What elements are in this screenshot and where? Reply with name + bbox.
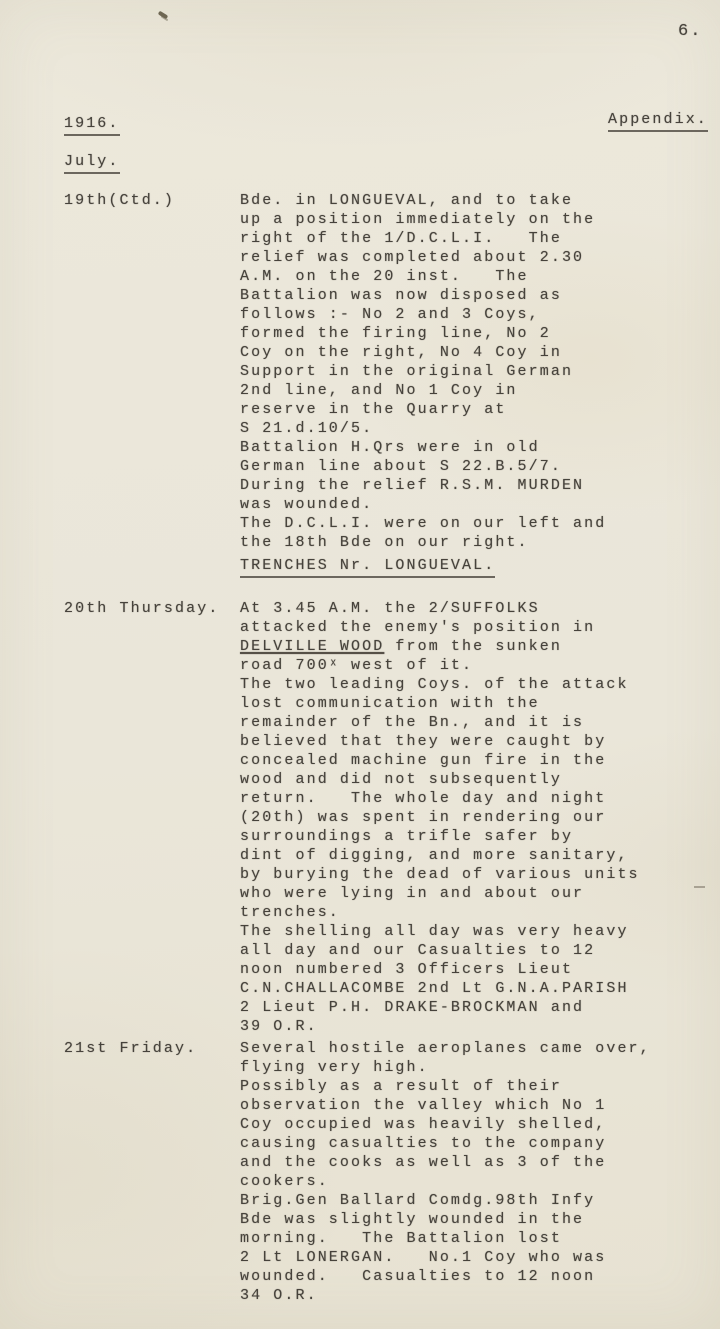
entry-body-21st: Several hostile aeroplanes came over, fl…	[240, 1039, 710, 1305]
year-heading: 1916.	[64, 114, 120, 136]
paper-mark	[694, 886, 705, 888]
entry-date-21st: 21st Friday.	[64, 1039, 197, 1058]
appendix-heading: Appendix.	[608, 110, 708, 132]
paper-speck	[158, 11, 169, 20]
document-page: 6. 1916. Appendix. July. 19th(Ctd.) Bde.…	[0, 0, 720, 1329]
entry-body-20th: At 3.45 A.M. the 2/SUFFOLKS attacked the…	[240, 599, 710, 1036]
entry-date-19th: 19th(Ctd.)	[64, 191, 175, 210]
page-number: 6.	[678, 22, 703, 41]
section-heading-trenches: TRENCHES Nr. LONGUEVAL.	[240, 556, 495, 578]
entry-date-20th: 20th Thursday.	[64, 599, 219, 618]
month-heading: July.	[64, 152, 120, 174]
entry-body-19th: Bde. in LONGUEVAL, and to take up a posi…	[240, 191, 710, 552]
